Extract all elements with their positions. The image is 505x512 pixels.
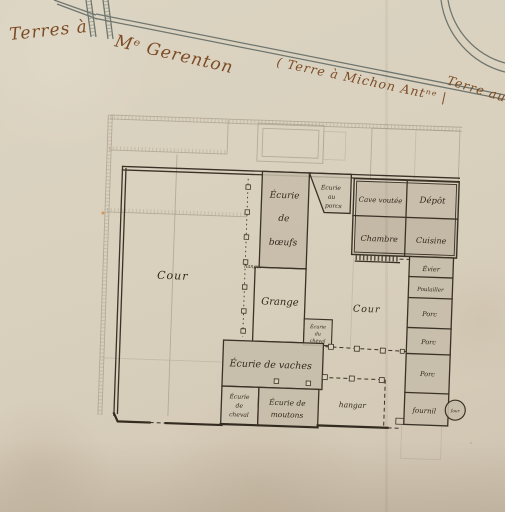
scanned-plan-page: Terres à Mᵉ Gerenton ( Terre à Michon An… [0,0,505,512]
label-depot: Dépôt [418,195,446,207]
central-buildings [252,171,351,346]
fournil-steps [396,418,404,424]
label-cheval-petit-2: du [315,331,321,337]
handwritten-annotations: Terres à Mᵉ Gerenton ( Terre à Michon An… [8,17,505,107]
label-cheval-petit-3: cheval [310,338,326,345]
label-fournil: fournil [411,407,436,416]
label-hangar: hangar [339,400,367,410]
label-ecurie-porcs-2: au [328,194,336,201]
gallery-steps [355,258,411,263]
label-evier: Évier [421,264,441,274]
curved-road-arc [441,0,505,72]
label-ecurie-porcs-1: Écurie [320,183,342,192]
label-cour-right: Cour [353,304,381,316]
label-ecurie-boeufs-2: de [278,214,289,224]
label-ecurie-porcs-3: porcs [325,203,342,211]
label-chambre: Chambre [360,234,398,244]
plan-drawing: Terres à Mᵉ Gerenton ( Terre à Michon An… [0,0,505,512]
label-porc-2: Porc [420,338,436,347]
label-cave: Cave voutée [359,196,403,206]
label-ecurie-boeufs-3: bœufs [269,238,298,249]
label-porc-1: Porc [421,310,437,319]
label-ecurie-cheval-2: de [235,403,243,410]
annotation-terres-a: Terres à [8,17,88,45]
house-block [351,179,459,265]
label-four: four [450,408,461,413]
label-cour-left: Cour [157,269,189,283]
room-ecurie-de-moutons [258,387,319,427]
label-cuisine: Cuisine [416,236,447,246]
post-line-middle [325,344,406,354]
fold-crease [385,0,388,512]
label-ecurie-moutons-1: Écurie de [268,398,306,408]
farm-plan: hangar [97,115,475,461]
label-ecurie-cheval-3: cheval [229,411,249,419]
annotation-terre-michon: ( Terre à Michon Antⁿᵉ | [275,54,448,105]
label-porc-3: Porc [419,370,435,379]
label-grange: Grange [261,296,299,308]
label-ecurie-cheval-1: Écurie [228,392,250,401]
label-ecurie-boeufs-1: Écurie [269,189,300,202]
label-poulailler: Poulailler [416,287,444,294]
label-ecurie-moutons-2: moutons [271,410,304,420]
